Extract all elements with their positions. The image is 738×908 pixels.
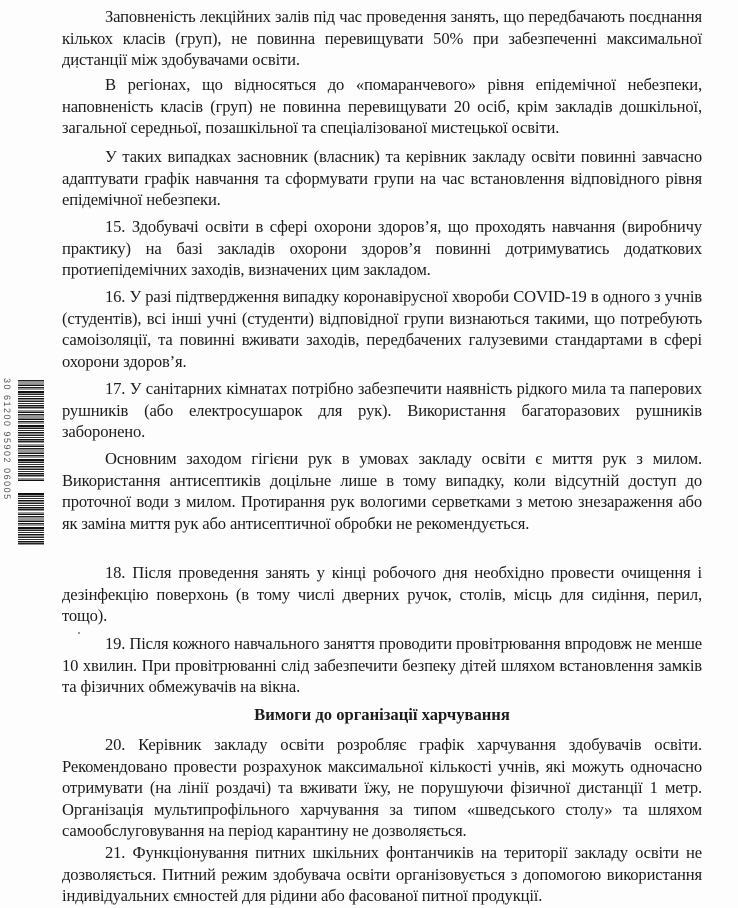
paragraph-15: 15. Здобувачі освіти в сфері охорони здо… <box>62 216 702 281</box>
section-heading-nutrition: Вимоги до організації харчування <box>62 704 702 726</box>
paragraph-17: 17. У санітарних кімнатах потрібно забез… <box>62 378 702 443</box>
paragraph-19: 19. Після кожного навчального заняття пр… <box>62 633 702 698</box>
paragraph-orange-level: В регіонах, що відносяться до «помаранче… <box>62 74 702 139</box>
paragraph-hand-hygiene: Основним заходом гігієни рук в умовах за… <box>62 448 702 534</box>
paragraph-21: 21. Функціонування питних шкільних фонта… <box>62 842 702 907</box>
document-page: Заповненість лекційних залів під час про… <box>0 0 738 908</box>
paragraph-lecture-halls: Заповненість лекційних залів під час про… <box>62 6 702 71</box>
barcode-gap <box>18 482 44 492</box>
scan-speck <box>78 632 80 634</box>
paragraph-founder-adapt: У таких випадках засновник (власник) та … <box>62 146 702 211</box>
barcode-number: 30 61200 95902 06005 <box>2 378 12 501</box>
scan-speck <box>76 66 78 68</box>
barcode-bars <box>18 380 44 546</box>
paragraph-20: 20. Керівник закладу освіти розробляє гр… <box>62 734 702 842</box>
barcode: 30 61200 95902 06005 <box>6 378 48 546</box>
paragraph-18: 18. Після проведення занять у кінці робо… <box>62 562 702 627</box>
paragraph-16: 16. У разі підтвердження випадку коронав… <box>62 286 702 372</box>
